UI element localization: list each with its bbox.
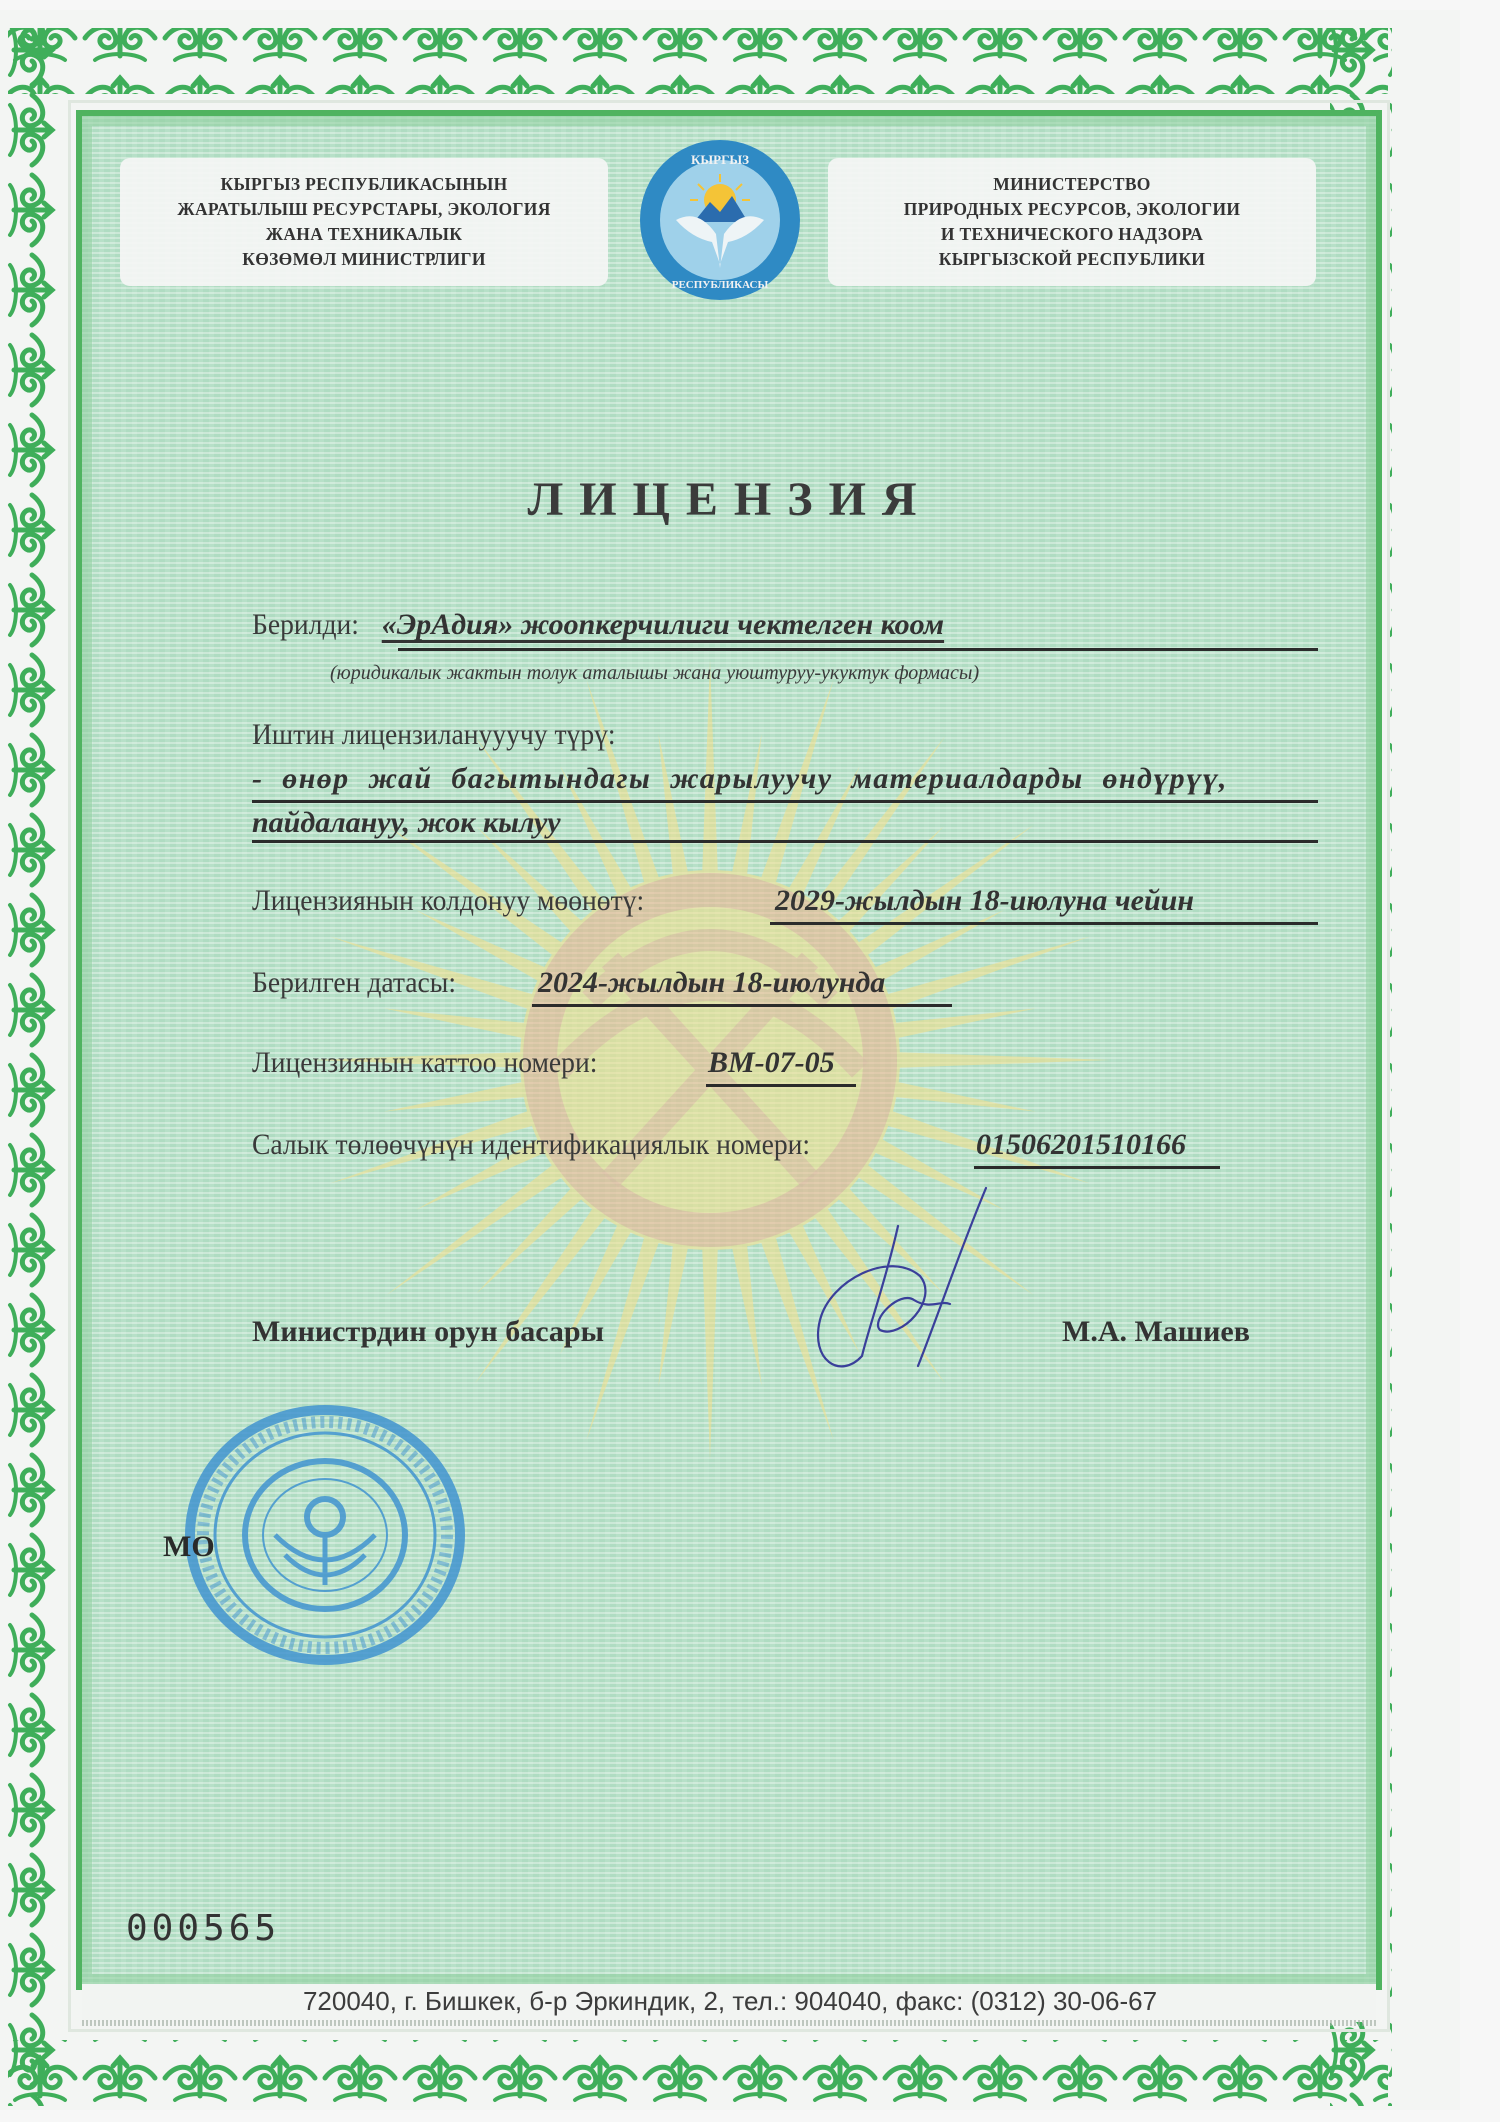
ministry-name-russian: МИНИСТЕРСТВО ПРИРОДНЫХ РЕСУРСОВ, ЭКОЛОГИ… <box>828 158 1316 286</box>
validity-field: Лицензиянын колдонуу мөөнөтү: <box>252 884 678 918</box>
header-left-line: ЖАНА ТЕХНИКАЛЫК <box>266 222 463 247</box>
registration-number-underline <box>706 1084 856 1087</box>
registration-number-label: Лицензиянын каттоо номери: <box>252 1046 597 1080</box>
issued-to-underline <box>398 648 1318 651</box>
official-seal-icon <box>175 1405 465 1665</box>
activity-type-line-1: - өнөр жай багытындагы жарылуучу материа… <box>252 762 1228 796</box>
validity-value: 2029-жылдын 18-июлуна чейин <box>775 884 1194 918</box>
registration-number-value: ВМ-07-05 <box>708 1046 835 1080</box>
serial-number: 000565 <box>126 1908 280 1949</box>
microtext-strip <box>82 2020 1376 2026</box>
header-right-line: И ТЕХНИЧЕСКОГО НАДЗОРА <box>941 222 1203 247</box>
activity-type-field: Иштин лицензиланууучу түрү: <box>252 718 647 752</box>
ministry-address: 720040, г. Бишкек, б-р Эркиндик, 2, тел.… <box>0 1986 1460 2017</box>
header-left-line: КЫРГЫЗ РЕСПУБЛИКАСЫНЫН <box>220 172 507 197</box>
seal-mark-label: МО <box>163 1530 215 1564</box>
activity-type-underline-2 <box>252 840 1318 843</box>
issued-to-field: Берилди: «ЭрАдия» жоопкерчилиги чектелге… <box>252 608 944 642</box>
signatory-role: Министрдин орун басары <box>252 1315 604 1349</box>
handwritten-signature-icon <box>790 1180 990 1380</box>
issue-date-field: Берилген датасы: <box>252 966 474 1000</box>
license-document: КЫРГЫЗ РЕСПУБЛИКАСЫНЫН ЖАРАТЫЛЫШ РЕСУРСТ… <box>0 10 1460 2110</box>
header-left-line: КӨЗӨМӨЛ МИНИСТРЛИГИ <box>242 247 486 272</box>
state-emblem-icon: КЫРГЫЗ РЕСПУБЛИКАСЫ <box>638 138 802 302</box>
issued-to-label: Берилди: <box>252 608 359 642</box>
ministry-name-kyrgyz: КЫРГЫЗ РЕСПУБЛИКАСЫНЫН ЖАРАТЫЛЫШ РЕСУРСТ… <box>120 158 608 286</box>
activity-type-label: Иштин лицензиланууучу түрү: <box>252 718 616 752</box>
header-right-line: КЫРГЫЗСКОЙ РЕСПУБЛИКИ <box>939 247 1205 272</box>
issued-to-note: (юридикалык жактын толук аталышы жана ую… <box>330 662 979 685</box>
emblem-bottom-text: РЕСПУБЛИКАСЫ <box>672 279 769 291</box>
tax-id-field: Салык төлөөчүнүн идентификациялык номери… <box>252 1128 859 1162</box>
tax-id-label: Салык төлөөчүнүн идентификациялык номери… <box>252 1128 810 1162</box>
header-left-line: ЖАРАТЫЛЫШ РЕСУРСТАРЫ, ЭКОЛОГИЯ <box>177 197 550 222</box>
issue-date-underline <box>532 1004 952 1007</box>
tax-id-underline <box>974 1166 1220 1169</box>
tax-id-value: 01506201510166 <box>976 1128 1186 1162</box>
signatory-name: М.А. Машиев <box>1062 1315 1250 1349</box>
validity-underline <box>770 922 1318 925</box>
issued-to-value: «ЭрАдия» жоопкерчилиги чектелген коом <box>382 608 944 641</box>
header-right-line: МИНИСТЕРСТВО <box>993 172 1150 197</box>
emblem-top-text: КЫРГЫЗ <box>691 152 749 167</box>
document-title: ЛИЦЕНЗИЯ <box>0 472 1460 527</box>
header-right-line: ПРИРОДНЫХ РЕСУРСОВ, ЭКОЛОГИИ <box>904 197 1241 222</box>
validity-label: Лицензиянын колдонуу мөөнөтү: <box>252 884 644 918</box>
issue-date-label: Берилген датасы: <box>252 966 456 1000</box>
activity-type-underline-1 <box>252 800 1318 803</box>
issue-date-value: 2024-жылдын 18-июлунда <box>538 966 885 1000</box>
activity-type-line-2: пайдалануу, жок кылуу <box>252 806 561 840</box>
registration-number-field: Лицензиянын каттоо номери: <box>252 1046 627 1080</box>
